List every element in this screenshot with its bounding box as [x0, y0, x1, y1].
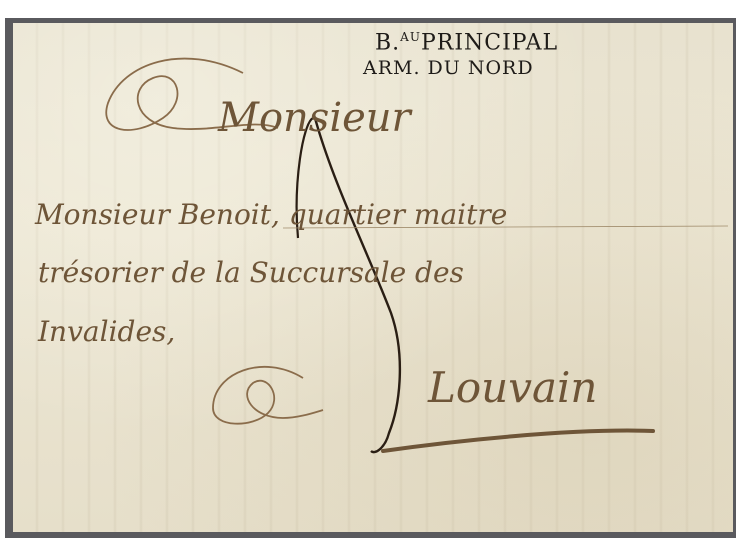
address-line-2: trésorier de la Succursale des: [38, 256, 464, 289]
salutation-monsieur: Monsieur: [218, 95, 411, 141]
address-city: Louvain: [428, 363, 597, 412]
address-line-1: Monsieur Benoit, quartier maitre: [35, 198, 507, 231]
letter-paper: B.AUPRINCIPAL ARM. DU NORD Monsieur Mons…: [13, 23, 733, 532]
address-line-3: Invalides,: [38, 315, 175, 348]
